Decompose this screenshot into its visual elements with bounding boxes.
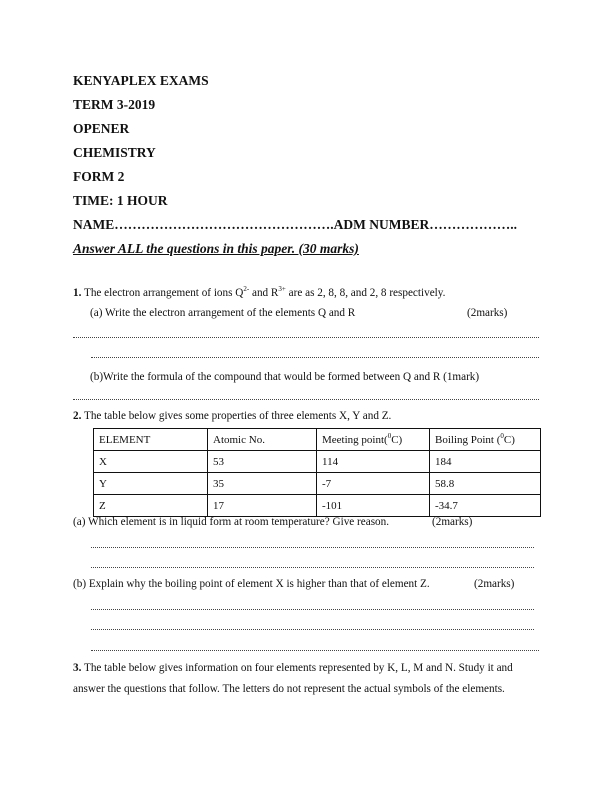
q1a-marks: (2marks) [467,307,507,319]
table-cell: -7 [317,473,430,495]
answer-line[interactable] [73,337,539,338]
table-cell: -101 [317,495,430,517]
answer-line[interactable] [91,650,539,651]
form: FORM 2 [73,169,124,185]
q1a-text: (a) Write the electron arrangement of th… [90,307,355,319]
q3-stem-line2: answer the questions that follow. The le… [73,683,505,695]
table-row: X 53 114 184 [94,451,541,473]
header-cell: ELEMENT [94,429,208,451]
subject: CHEMISTRY [73,145,156,161]
table-row: Z 17 -101 -34.7 [94,495,541,517]
instructions: Answer ALL the questions in this paper. … [73,241,359,257]
school-name: KENYAPLEX EXAMS [73,73,209,89]
table-cell: -34.7 [430,495,541,517]
table-row: Y 35 -7 58.8 [94,473,541,495]
answer-line[interactable] [91,547,534,548]
q2b-text: (b) Explain why the boiling point of ele… [73,578,430,590]
table-cell: 35 [208,473,317,495]
q3-stem-line1: 3. The table below gives information on … [73,662,513,674]
answer-line[interactable] [91,567,534,568]
time: TIME: 1 HOUR [73,193,168,209]
table-header-row: ELEMENT Atomic No. Meeting point(0C) Boi… [94,429,541,451]
table-cell: 53 [208,451,317,473]
q2a-marks: (2marks) [432,516,472,528]
table-cell: 114 [317,451,430,473]
exam-type: OPENER [73,121,129,137]
q2a-text: (a) Which element is in liquid form at r… [73,516,389,528]
header-cell: Atomic No. [208,429,317,451]
answer-line[interactable] [73,399,539,400]
term: TERM 3-2019 [73,97,155,113]
answer-line[interactable] [91,357,539,358]
q2b-marks: (2marks) [474,578,514,590]
table-cell: 58.8 [430,473,541,495]
q1-stem: 1. The electron arrangement of ions Q2- … [73,287,445,299]
table-cell: Z [94,495,208,517]
answer-line[interactable] [91,629,534,630]
q1b-text: (b)Write the formula of the compound tha… [90,371,479,383]
answer-line[interactable] [91,609,534,610]
table-cell: 17 [208,495,317,517]
table-cell: Y [94,473,208,495]
q2-stem: 2. The table below gives some properties… [73,410,391,422]
table-cell: X [94,451,208,473]
element-properties-table: ELEMENT Atomic No. Meeting point(0C) Boi… [93,428,541,517]
header-cell: Boiling Point (0C) [430,429,541,451]
table-cell: 184 [430,451,541,473]
header-cell: Meeting point(0C) [317,429,430,451]
name-adm-line: NAME………………………………………….ADM NUMBER……………….. [73,217,517,233]
